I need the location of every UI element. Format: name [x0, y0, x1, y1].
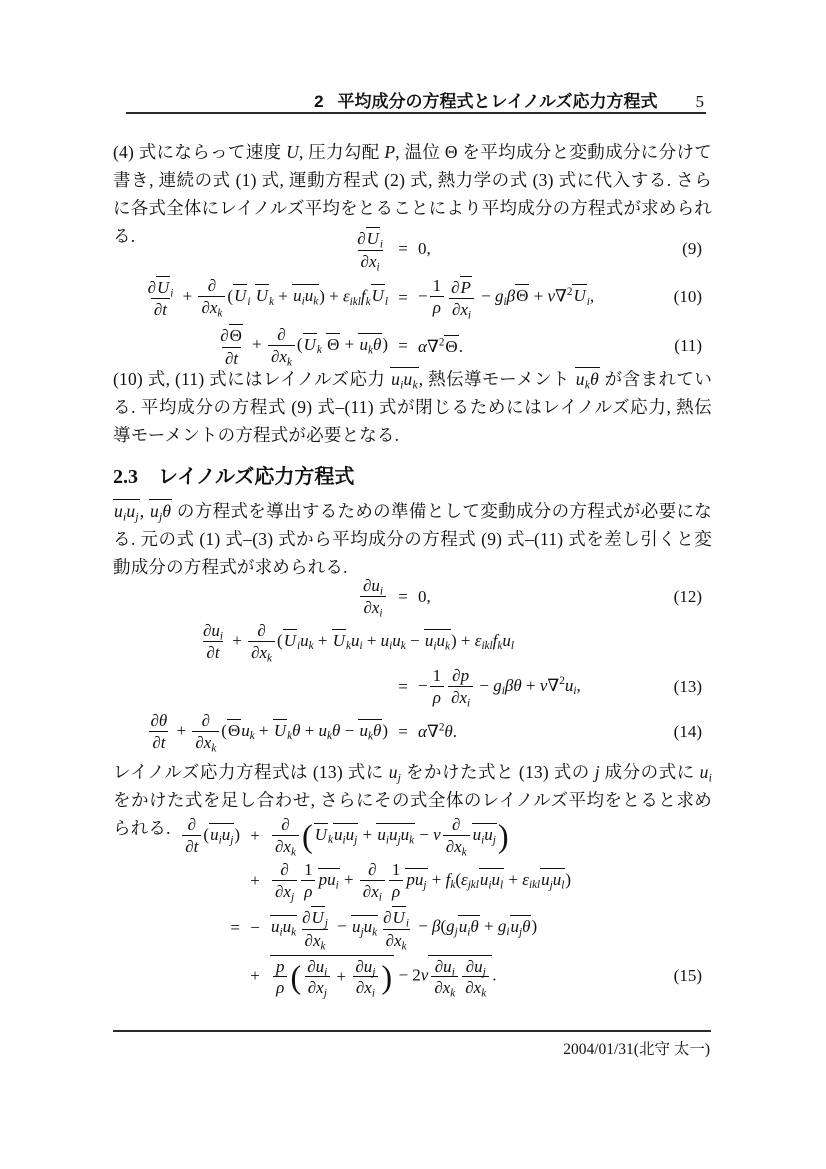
equation-lhs: ∂ui∂xi: [113, 577, 388, 617]
equation-operator: =: [388, 287, 418, 308]
equation-row: ∂Θ∂t + ∂∂xk(Uk Θ + ukθ)=α∇2Θ.(11): [113, 324, 712, 368]
equation-operator-content: =: [398, 335, 408, 356]
page-footer: 2004/01/31(北守 太一): [113, 1037, 712, 1059]
equation-lhs: ∂Ui∂t + ∂∂xk(Ui Uk + uiuk) + εiklfkUl: [113, 276, 388, 320]
equation-rhs-content: −1ρ∂P∂xi − giβΘ + ν∇2Ui,: [418, 276, 594, 320]
equation-operator-content: =: [398, 238, 408, 259]
equation-operator-content: =: [398, 287, 408, 308]
equation-rhs: 0,: [418, 586, 712, 607]
equation-rhs: α∇2θ.: [418, 721, 712, 742]
equation-number: (11): [674, 336, 702, 356]
equation-row: +pρ(∂ui∂xj + ∂uj∂xi) − 2ν∂ui∂xk∂uj∂xk.(1…: [113, 955, 712, 998]
equation-lhs-content: ∂Ui∂xi: [352, 227, 388, 271]
equation-operator-content: +: [250, 870, 260, 891]
footer-date-author: 2004/01/31(北守 太一): [563, 1041, 710, 1058]
equation-rhs: ∂∂xj1ρpui + ∂∂xi1ρpuj + fk(εjkluiul + εi…: [270, 861, 712, 901]
section-heading-number: 2.3: [113, 466, 138, 489]
document-page: 2 平均成分の方程式とレイノルズ応力方程式 5 (4) 式にならって速度 U, …: [0, 0, 826, 1169]
equation-lhs: ∂θ∂t + ∂∂xk(Θuk + Ukθ + ukθ − ukθ): [113, 712, 388, 752]
equation-block-mean-equations: ∂Ui∂xi=0,(9)∂Ui∂t + ∂∂xk(Ui Uk + uiuk) +…: [113, 227, 712, 373]
equation-row: ∂Ui∂xi=0,(9): [113, 227, 712, 271]
equation-lhs-content: ∂Θ∂t + ∂∂xk(Uk Θ + ukθ): [215, 324, 388, 368]
equation-row: +∂∂xj1ρpui + ∂∂xi1ρpuj + fk(εjkluiul + ε…: [113, 861, 712, 901]
equation-operator: =: [388, 721, 418, 742]
equation-operator-content: +: [250, 965, 260, 986]
section-heading-title: レイノルズ応力方程式: [158, 460, 354, 489]
equation-lhs-content: =: [230, 917, 240, 938]
running-head-section-number: 2: [314, 92, 323, 112]
equation-rhs-content: 0,: [418, 238, 431, 259]
equation-number: (10): [674, 287, 702, 307]
equation-rhs-content: ∂∂xj1ρpui + ∂∂xi1ρpuj + fk(εjkluiul + εi…: [270, 861, 571, 901]
equation-operator-content: =: [398, 676, 408, 697]
equation-lhs-content: ∂ui∂xi: [358, 577, 388, 617]
equation-lhs-content: ∂θ∂t + ∂∂xk(Θuk + Ukθ + ukθ − ukθ): [146, 712, 389, 752]
equation-rhs: −1ρ∂p∂xi − giβθ + ν∇2ui,: [418, 667, 712, 707]
equation-rhs: uiuk∂Uj∂xk − ujuk∂Ui∂xk − β(gjuiθ + giuj…: [270, 906, 712, 950]
equation-block-fluctuation-equations: ∂ui∂xi=0,(12)∂ui∂t + ∂∂xk(Uiuk + Ukui + …: [113, 577, 712, 757]
footer-rule: [113, 1030, 711, 1032]
equation-rhs-content: α∇2θ.: [418, 721, 457, 742]
equation-operator: =: [388, 586, 418, 607]
equation-lhs: ∂Θ∂t + ∂∂xk(Uk Θ + ukθ): [113, 324, 388, 368]
equation-continued-line: ∂ui∂t + ∂∂xk(Uiuk + Ukui + uiuk − uiuk) …: [113, 622, 712, 662]
equation-rhs-content: uiuk∂Uj∂xk − ujuk∂Ui∂xk − β(gjuiθ + giuj…: [270, 906, 537, 950]
equation-rhs: −1ρ∂P∂xi − giβΘ + ν∇2Ui,: [418, 276, 712, 320]
equation-rhs-content: ∂∂xk(Ukuiuj + uiujuk − ν∂∂xkuiuj): [270, 816, 510, 856]
equation-lhs: =: [113, 917, 240, 938]
equation-rhs: α∇2Θ.: [418, 335, 712, 357]
paragraph-fluctuation-prep: uiuj, ujθ の方程式を導出するための準備として変動成分の方程式が必要にな…: [113, 497, 712, 581]
equation-rhs: ∂∂xk(Ukuiuj + uiujuk − ν∂∂xkuiuj): [270, 816, 712, 856]
equation-rhs: 0,: [418, 238, 712, 259]
equation-rhs-content: α∇2Θ.: [418, 335, 463, 357]
equation-lhs: ∂Ui∂xi: [113, 227, 388, 271]
equation-row: ∂Ui∂t + ∂∂xk(Ui Uk + uiuk) + εiklfkUl=−1…: [113, 276, 712, 320]
equation-number: (12): [674, 587, 702, 607]
equation-block-reynolds-stress-equation: ∂∂t(uiuj)+∂∂xk(Ukuiuj + uiujuk − ν∂∂xkui…: [113, 816, 712, 1002]
equation-rhs: pρ(∂ui∂xj + ∂uj∂xi) − 2ν∂ui∂xk∂uj∂xk.: [270, 955, 712, 998]
equation-operator-content: −: [250, 917, 260, 938]
equation-operator-content: =: [398, 721, 408, 742]
equation-operator-content: +: [250, 825, 260, 846]
equation-operator: =: [388, 676, 418, 697]
equation-row: =−uiuk∂Uj∂xk − ujuk∂Ui∂xk − β(gjuiθ + gi…: [113, 906, 712, 950]
equation-operator: +: [240, 965, 270, 986]
equation-number: (9): [682, 239, 702, 259]
equation-number: (13): [674, 677, 702, 697]
header-rule: [126, 112, 706, 114]
equation-operator-content: =: [398, 586, 408, 607]
equation-rhs-content: −1ρ∂p∂xi − giβθ + ν∇2ui,: [418, 667, 581, 707]
equation-lhs: ∂∂t(uiuj): [113, 816, 240, 856]
paragraph-closure-need: (10) 式, (11) 式にはレイノルズ応力 uiuk, 熱伝導モーメント u…: [113, 365, 712, 449]
page-number: 5: [696, 92, 705, 112]
equation-row: =−1ρ∂p∂xi − giβθ + ν∇2ui,(13): [113, 667, 712, 707]
equation-row: ∂∂t(uiuj)+∂∂xk(Ukuiuj + uiujuk − ν∂∂xkui…: [113, 816, 712, 856]
equation-rhs-content: pρ(∂ui∂xj + ∂uj∂xi) − 2ν∂ui∂xk∂uj∂xk.: [270, 955, 496, 998]
equation-row: ∂ui∂t + ∂∂xk(Uiuk + Ukui + uiuk − uiuk) …: [113, 622, 712, 662]
equation-operator: =: [388, 335, 418, 356]
running-head: 2 平均成分の方程式とレイノルズ応力方程式 5: [113, 87, 712, 112]
equation-number: (15): [674, 966, 702, 986]
equation-number: (14): [674, 722, 702, 742]
equation-row: ∂ui∂xi=0,(12): [113, 577, 712, 617]
running-head-title: 平均成分の方程式とレイノルズ応力方程式: [338, 87, 658, 112]
section-heading: 2.3 レイノルズ応力方程式: [113, 460, 712, 489]
equation-row: ∂θ∂t + ∂∂xk(Θuk + Ukθ + ukθ − ukθ)=α∇2θ.…: [113, 712, 712, 752]
equation-operator: −: [240, 917, 270, 938]
equation-lhs-content: ∂∂t(uiuj): [180, 816, 240, 856]
equation-operator: +: [240, 825, 270, 846]
equation-continued-line-content: ∂ui∂t + ∂∂xk(Uiuk + Ukui + uiuk − uiuk) …: [198, 622, 514, 662]
equation-operator: +: [240, 870, 270, 891]
equation-operator: =: [388, 238, 418, 259]
equation-rhs-content: 0,: [418, 586, 431, 607]
equation-lhs-content: ∂Ui∂t + ∂∂xk(Ui Uk + uiuk) + εiklfkUl: [143, 276, 388, 320]
